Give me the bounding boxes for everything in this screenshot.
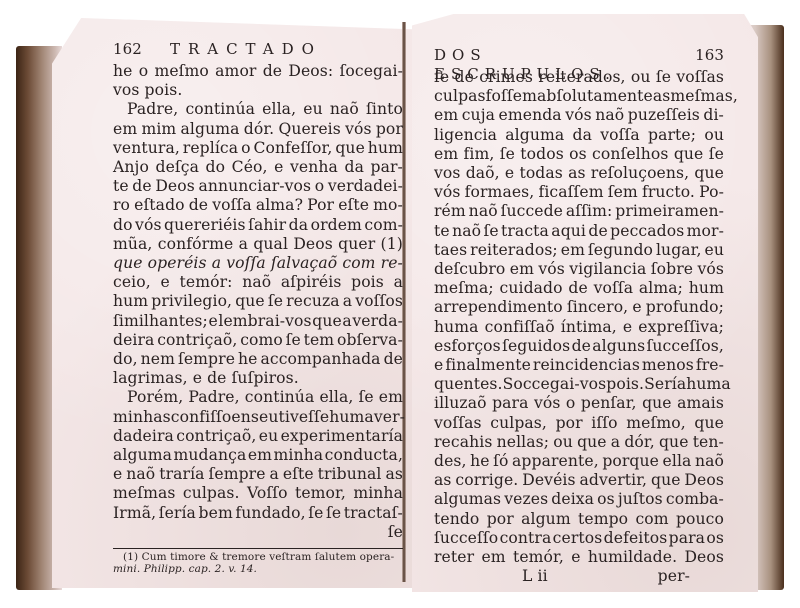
word: alguns xyxy=(592,337,645,356)
right-page-text: DOS ESCRUPULOS. 163 ſedecrimesreiterados… xyxy=(434,46,724,586)
word: em xyxy=(434,106,458,125)
word: para xyxy=(669,529,705,548)
word: apparente, xyxy=(512,452,599,471)
word: nellas; xyxy=(497,433,550,452)
word: profundo; xyxy=(646,298,724,317)
word: minhas xyxy=(113,408,171,427)
word: annunciar-vos xyxy=(198,177,311,196)
word: ſem xyxy=(608,183,638,202)
word: todos xyxy=(520,145,564,164)
footnote-line: mini. Philipp. cap. 2. v. 14. xyxy=(113,563,403,575)
left-page-text: 162 TRACTADO heomeſmoamordeDeos:ſocegai-… xyxy=(113,40,403,575)
text-line: heomeſmoamordeDeos:ſocegai- xyxy=(113,62,403,81)
word: de xyxy=(588,222,607,241)
word: dór, xyxy=(624,433,654,452)
text-line: deiracontriçaõ,comoſetemobſerva- xyxy=(113,331,403,350)
word: quentes. xyxy=(434,375,503,394)
word: verda- xyxy=(352,312,403,331)
word: ſucceſſos, xyxy=(647,337,724,356)
word: alguma xyxy=(181,120,240,139)
word: re- xyxy=(381,254,403,273)
word: finalmente xyxy=(445,356,531,375)
word: naõ xyxy=(242,273,271,292)
word: e xyxy=(632,298,641,317)
word: alma; xyxy=(639,279,683,298)
word: tracta xyxy=(501,222,549,241)
word: tiveſſe xyxy=(278,408,329,427)
word: e xyxy=(571,548,580,567)
text-line: humaconfiſſaõíntima,eexpreſſiva; xyxy=(434,318,724,337)
word: deſcubro xyxy=(434,260,505,279)
word: arrependimento xyxy=(434,298,563,317)
word: lugar, xyxy=(656,241,702,260)
word: a xyxy=(212,254,221,273)
word: que xyxy=(651,471,681,490)
word: vós xyxy=(565,106,592,125)
word: naõ xyxy=(469,202,498,221)
word: ſucceſſo xyxy=(434,529,498,548)
word: em xyxy=(510,260,534,279)
text-line: arrependimentoſincero,eprofundo; xyxy=(434,298,724,317)
word: Anjo xyxy=(113,158,149,177)
word: puzeſſeis xyxy=(628,106,700,125)
text-line: taesreiterados;emſegundolugar,eu xyxy=(434,241,724,260)
word: verdadei- xyxy=(328,177,403,196)
text-line: emfim,ſetodososconſelhosqueſe xyxy=(434,145,724,164)
word: e xyxy=(623,318,632,337)
word: foſſem xyxy=(486,87,537,106)
text-line: Porém,Padre,continúaella,ſeem xyxy=(113,388,403,407)
text-line: humprivilegio,queſerecuzaavoſſos xyxy=(113,292,403,311)
right-page-body: ſedecrimesreiterados,ouſevoſſasculpasfoſ… xyxy=(434,68,724,567)
text-line: enaõtraríaſempreaeſtetribunalas xyxy=(113,465,403,484)
word: he xyxy=(238,350,257,369)
word: ſó xyxy=(493,452,508,471)
word: vós xyxy=(697,260,724,279)
text-line: vos pois. xyxy=(113,81,403,100)
text-line: vósformaes,ficaſſemſemfructo.Po- xyxy=(434,183,724,202)
word: como xyxy=(240,331,283,350)
text-line: algumamudançaemminhaconducta, xyxy=(113,446,403,465)
word: fim, xyxy=(464,145,495,164)
text-line: emmimalgumadór.Quereisvóspor xyxy=(113,120,403,139)
text-line: esforçosſeguidosdealgunsſucceſſos, xyxy=(434,337,724,356)
word: ver- xyxy=(374,408,405,427)
word: e xyxy=(113,465,122,484)
left-page-body: heomeſmoamordeDeos:ſocegai-vos pois.Padr… xyxy=(113,62,403,542)
word: Confeſſor, xyxy=(253,139,332,158)
word: parte; xyxy=(648,126,696,145)
word: reter xyxy=(434,548,474,567)
word: ou xyxy=(704,126,724,145)
word: Devéis xyxy=(522,471,575,490)
word: amor xyxy=(215,62,256,81)
word: Deos: xyxy=(288,62,333,81)
word: hum xyxy=(368,139,403,158)
word: meſmo xyxy=(154,62,208,81)
word: ſe xyxy=(500,145,515,164)
word: voſſos xyxy=(355,292,403,311)
word: conducta, xyxy=(325,446,403,465)
word: eſtado xyxy=(134,196,185,215)
word: aqui xyxy=(551,222,586,241)
word: peccados xyxy=(610,222,684,241)
word: Céo, xyxy=(232,158,268,177)
text-line: Irmã,ſeríabemfundado,ſeſetractaſ- xyxy=(113,504,403,523)
word: da xyxy=(573,126,592,145)
word: continúa xyxy=(245,388,315,407)
text-line: Padre,continúaella,eunaõſinto xyxy=(113,100,403,119)
word: operéis xyxy=(148,254,207,273)
word: ſegundo xyxy=(588,241,653,260)
word: cuja xyxy=(462,106,495,125)
word: ſinto xyxy=(366,100,403,119)
word: e xyxy=(160,273,169,292)
word: as xyxy=(434,471,452,490)
footnote-line: (1) Cum timore & tremore veſtram ſalutem… xyxy=(113,551,403,563)
word: mudança xyxy=(173,446,246,465)
word: contriçaõ, xyxy=(157,331,237,350)
word: ligencia xyxy=(434,126,497,145)
word: ten- xyxy=(693,433,724,452)
word: pois. xyxy=(606,375,644,394)
text-line: algumasvezesdeixaosjuſtoscomba- xyxy=(434,490,724,509)
text-line: recahisnellas;ouqueadór,queten- xyxy=(434,433,724,452)
word: culpas. xyxy=(183,484,240,503)
word: voſſa xyxy=(594,279,634,298)
word: des, xyxy=(434,452,467,471)
word: deira xyxy=(113,331,154,350)
word: naõ xyxy=(695,452,724,471)
word: menos xyxy=(642,356,694,375)
word: e xyxy=(434,356,443,375)
word: daõ, xyxy=(466,164,500,183)
word: ordem xyxy=(311,216,362,235)
word: tem xyxy=(304,331,335,350)
word: ella, xyxy=(262,100,296,119)
word: com xyxy=(342,254,375,273)
word: com- xyxy=(364,216,403,235)
word: illuzaõ xyxy=(434,394,487,413)
word: abſolutamente xyxy=(537,87,653,106)
word: voſſa xyxy=(226,254,266,273)
word: dadeira xyxy=(113,427,174,446)
word: temor, xyxy=(295,484,346,503)
word: Padre, xyxy=(127,100,178,119)
word: certos xyxy=(553,529,603,548)
word: que xyxy=(312,312,342,331)
text-line: rémnaõſuccedeaſſim:primeiramen- xyxy=(434,202,724,221)
word: dór. xyxy=(244,120,274,139)
word: e xyxy=(208,312,217,331)
word: mo- xyxy=(373,196,403,215)
word: a xyxy=(343,292,352,311)
word: corrige. xyxy=(455,471,518,490)
word: vós xyxy=(135,216,162,235)
word: minha xyxy=(274,446,324,465)
word: fundado, xyxy=(235,504,305,523)
text-line: tendoporalgumtempocompouco xyxy=(434,510,724,529)
text-line: dovósquereriéisſahirdaordemcom- xyxy=(113,216,403,235)
word: ſe xyxy=(326,504,341,523)
word: Padre, xyxy=(188,388,239,407)
word: em xyxy=(379,388,403,407)
word: meſmas, xyxy=(670,87,738,106)
text-line: tenaõſetractaaquidepeccadosmor- xyxy=(434,222,724,241)
word: em xyxy=(113,120,137,139)
word: ſempre xyxy=(209,465,266,484)
word: recahis xyxy=(434,433,492,452)
word: porque xyxy=(602,452,659,471)
text-line: culpasfoſſemabſolutamenteasmeſmas, xyxy=(434,87,724,106)
word: eſte xyxy=(338,196,369,215)
word: naõ xyxy=(330,100,359,119)
word: Deos xyxy=(684,548,724,567)
word: eu xyxy=(303,100,322,119)
word: meſmo, xyxy=(626,414,686,433)
text-line: meſmasculpas.Voſſotemor,minha xyxy=(113,484,403,503)
word: ficaſſem xyxy=(538,183,603,202)
word: confiſſoens xyxy=(171,408,259,427)
word: de xyxy=(189,196,208,215)
word: do, xyxy=(113,350,138,369)
word: pois xyxy=(351,273,384,292)
word: recuza xyxy=(286,292,340,311)
text-line: queoperéisavoſſaſalvaçaõcomre- xyxy=(113,254,403,273)
word: meſma; xyxy=(434,279,494,298)
word: a xyxy=(239,235,248,254)
word: traría xyxy=(159,465,204,484)
word: em xyxy=(561,241,585,260)
word: voſſas xyxy=(676,68,724,87)
word: quer xyxy=(338,235,375,254)
word: ſeguidos xyxy=(502,337,570,356)
word: par- xyxy=(371,158,403,177)
word: a xyxy=(611,433,620,452)
word: te xyxy=(113,177,129,196)
word: que xyxy=(113,254,143,273)
text-line: roeſtadodevoſſaalma?Poreſtemo- xyxy=(113,196,403,215)
word: de xyxy=(454,68,473,87)
word: he xyxy=(470,452,489,471)
word: os xyxy=(569,145,587,164)
word: ella xyxy=(663,452,692,471)
open-book: 162 TRACTADO heomeſmoamordeDeos:ſocegai-… xyxy=(0,0,800,608)
text-line: emcujaemendavósnaõpuzeſſeisdi- xyxy=(434,106,724,125)
text-line: ascorrige.Devéisadvertir,queDeos xyxy=(434,471,724,490)
word: continúa xyxy=(185,100,255,119)
text-line: minhasconfiſſoenseutiveſſehumaver- xyxy=(113,408,403,427)
word: vós xyxy=(434,183,461,202)
word: que xyxy=(659,433,689,452)
word: do xyxy=(113,216,133,235)
word: tractaſ- xyxy=(344,504,403,523)
word: fre- xyxy=(696,356,724,375)
text-line: ligenciaalgumadavoſſaparte;ou xyxy=(434,126,724,145)
text-line: mũa,confórmeaqualDeosquer(1) xyxy=(113,235,403,254)
signature-mark: L ii xyxy=(522,567,548,586)
word: vós xyxy=(345,120,372,139)
line-text: vos pois. xyxy=(113,81,182,100)
word: ſe xyxy=(358,388,373,407)
word: advertir, xyxy=(579,471,647,490)
word: fructo. xyxy=(642,183,695,202)
word: Voſſo xyxy=(247,484,288,503)
word: ſuccede xyxy=(501,202,563,221)
word: emenda xyxy=(499,106,562,125)
word: ſobre xyxy=(651,260,693,279)
footnote-rule xyxy=(113,548,403,549)
word: ella, xyxy=(319,388,353,407)
word: eu xyxy=(705,241,724,260)
word: humildade. xyxy=(588,548,677,567)
word: e xyxy=(505,164,514,183)
page-number: 163 xyxy=(695,46,724,65)
word: replíca xyxy=(183,139,238,158)
word: obſerva- xyxy=(337,331,403,350)
text-line: vosdaõ,etodasasreſoluçoens,que xyxy=(434,164,724,183)
word: vos xyxy=(434,164,461,183)
word: iſſo xyxy=(591,414,617,433)
word: reiterados, xyxy=(538,68,625,87)
text-line: deſcubroemvósvigilanciaſobrevós xyxy=(434,260,724,279)
word: tempo xyxy=(578,510,628,529)
text-line: reteremtemór,ehumildade.Deos xyxy=(434,548,724,567)
word: naõ xyxy=(595,106,624,125)
word: meſmas xyxy=(113,484,175,503)
word: tribunal xyxy=(318,465,382,484)
word: aſſim: xyxy=(566,202,612,221)
word: eu xyxy=(259,427,278,446)
word: a xyxy=(269,465,278,484)
word: expreſſiva; xyxy=(638,318,724,337)
word: primeiramen- xyxy=(615,202,724,221)
word: ſincero, xyxy=(567,298,628,317)
word: vigilancia xyxy=(569,260,646,279)
text-line: illuzaõparavósopenſar,queamais xyxy=(434,394,724,413)
word: di- xyxy=(703,106,724,125)
word: o xyxy=(566,394,576,413)
word: comba- xyxy=(666,490,724,509)
word: Deos xyxy=(684,471,724,490)
word: culpas, xyxy=(490,414,547,433)
word: da xyxy=(289,216,308,235)
word: a xyxy=(342,312,351,331)
word: para xyxy=(492,394,528,413)
word: privilegio, xyxy=(151,292,232,311)
word: reincidencias xyxy=(533,356,640,375)
text-line: do,nemſempreheaccompanhadade xyxy=(113,350,403,369)
line-text: ſe xyxy=(388,523,403,542)
word: que xyxy=(674,145,704,164)
word: voſſas xyxy=(434,414,482,433)
word: experimentaría xyxy=(281,427,403,446)
word: alguma xyxy=(505,126,564,145)
word: conſelhos xyxy=(592,145,669,164)
word: em xyxy=(434,145,458,164)
word: minha xyxy=(353,484,403,503)
word: e xyxy=(274,158,283,177)
word: de xyxy=(263,62,282,81)
word: formaes, xyxy=(465,183,535,202)
word: por xyxy=(487,510,514,529)
text-line: meſma;cuidadodevoſſaalma;hum xyxy=(434,279,724,298)
word: os xyxy=(706,529,724,548)
word: vezes xyxy=(504,490,548,509)
word: de xyxy=(572,337,591,356)
word: confiſſaõ xyxy=(485,318,555,337)
word: Soccegai-vos xyxy=(503,375,607,394)
word: o xyxy=(315,177,325,196)
word: esforços xyxy=(434,337,501,356)
word: Deos xyxy=(293,235,333,254)
word: ſahir xyxy=(248,216,286,235)
word: reiterados; xyxy=(470,241,558,260)
word: nem xyxy=(141,350,175,369)
word: ſe xyxy=(709,145,724,164)
word: taes xyxy=(434,241,467,260)
word: bem xyxy=(199,504,233,523)
word: rém xyxy=(434,202,466,221)
word: ou xyxy=(631,68,651,87)
word: mũa, xyxy=(113,235,152,254)
text-line: ventura,replícaoConfeſſor,quehum xyxy=(113,139,403,158)
running-head: TRACTADO xyxy=(170,40,322,59)
word: pouco xyxy=(676,510,724,529)
word: todas xyxy=(519,164,562,183)
word: alguma xyxy=(113,446,172,465)
word: tendo xyxy=(434,510,479,529)
word: as xyxy=(385,465,403,484)
word: juſtos xyxy=(618,490,663,509)
word: vós xyxy=(534,394,561,413)
word: mor- xyxy=(687,222,724,241)
text-line: voſſasculpas,poriſſomeſmo,que xyxy=(434,414,724,433)
word: algumas xyxy=(434,490,501,509)
left-page-header: 162 TRACTADO xyxy=(113,40,403,62)
word: ſe xyxy=(434,68,449,87)
word: Irmã, xyxy=(113,504,156,523)
word: accompanhada xyxy=(260,350,380,369)
word: que xyxy=(694,164,724,183)
word: as xyxy=(653,87,671,106)
word: voſſa xyxy=(600,126,640,145)
word: reſoluçoens, xyxy=(591,164,689,183)
footnote: (1) Cum timore & tremore veſtram ſalutem… xyxy=(113,551,403,575)
right-page-header: DOS ESCRUPULOS. 163 xyxy=(434,46,724,68)
word: do xyxy=(206,158,226,177)
word: huma xyxy=(686,375,731,394)
word: ſe xyxy=(268,292,283,311)
word: ſe xyxy=(308,504,323,523)
word: hum xyxy=(113,292,148,311)
text-line: ſucceſſocontracertosdefeitosparaos xyxy=(434,529,724,548)
word: huma xyxy=(329,408,374,427)
text-line: dadeiracontriçaõ,euexperimentaría xyxy=(113,427,403,446)
word: Deos xyxy=(155,177,195,196)
word: culpas xyxy=(434,87,486,106)
word: ou xyxy=(553,433,573,452)
word: Sería xyxy=(644,375,686,394)
word: Quereis xyxy=(278,120,340,139)
word: deſça xyxy=(155,158,199,177)
word: amais xyxy=(677,394,724,413)
word: que xyxy=(694,414,724,433)
word: em xyxy=(481,548,505,567)
word: por xyxy=(376,120,403,139)
word: aſpiréis xyxy=(281,273,342,292)
word: que xyxy=(577,433,607,452)
